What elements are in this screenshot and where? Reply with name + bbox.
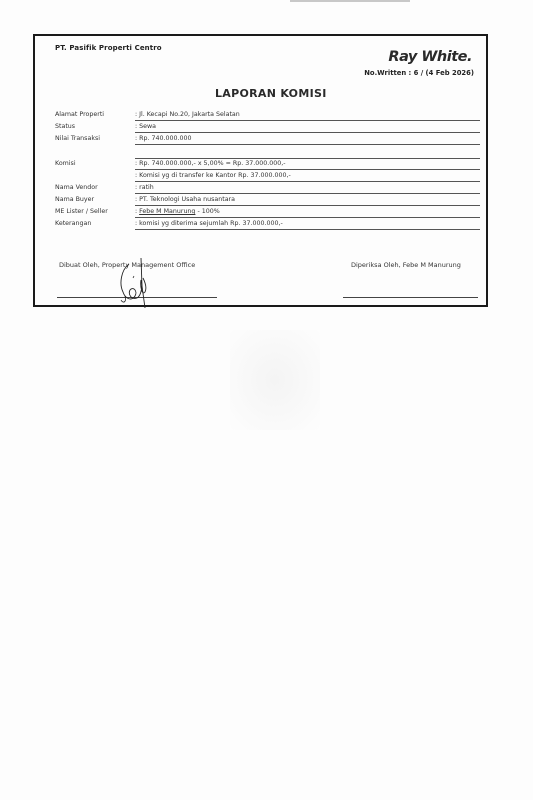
field-value: : Febe M Manurung - 100% xyxy=(135,208,220,215)
brand-logo: Ray White. xyxy=(388,49,472,65)
handwritten-signature-icon xyxy=(115,256,155,311)
company-name: PT. Pasifik Properti Centro xyxy=(55,44,162,52)
field-row-status: Status : Sewa xyxy=(55,122,480,133)
field-label: Komisi xyxy=(55,160,76,167)
field-label: Nama Buyer xyxy=(55,196,94,203)
field-row-address: Alamat Properti : Jl. Kecapi No.20, Jaka… xyxy=(55,110,480,121)
checked-by-label: Diperiksa Oleh, Febe M Manurung xyxy=(351,261,461,269)
field-rule xyxy=(135,144,480,145)
field-value: : Sewa xyxy=(135,123,156,130)
field-rule xyxy=(135,229,480,230)
field-value: : Jl. Kecapi No.20, Jakarta Selatan xyxy=(135,111,240,118)
field-row-blank xyxy=(55,148,480,159)
value-suffix: - 100% xyxy=(195,208,219,215)
paper-show-through xyxy=(230,330,320,430)
field-label: Status xyxy=(55,123,75,130)
report-title: LAPORAN KOMISI xyxy=(215,87,327,100)
field-row-vendor: Nama Vendor : ratih xyxy=(55,183,480,194)
field-label: Nama Vendor xyxy=(55,184,98,191)
field-rule xyxy=(135,132,480,133)
field-row-transaction-value: Nilai Transaksi : Rp. 740.000.000 xyxy=(55,134,480,145)
field-rule xyxy=(135,205,480,206)
lister-name: Febe M Manurung xyxy=(139,208,195,215)
field-value: : Rp. 740.000.000 xyxy=(135,135,192,142)
scanned-page: PT. Pasifik Properti Centro Ray White. N… xyxy=(0,0,533,800)
field-rule xyxy=(135,120,480,121)
field-row-commission-transfer: : Komisi yg di transfer ke Kantor Rp. 37… xyxy=(55,171,480,182)
field-rule xyxy=(135,169,480,170)
field-value: : Komisi yg di transfer ke Kantor Rp. 37… xyxy=(135,172,291,179)
field-rule xyxy=(135,181,480,182)
checked-by-signature-line xyxy=(343,297,478,298)
written-number: No.Written : 6 / (4 Feb 2026) xyxy=(364,69,474,77)
field-value: : PT. Teknologi Usaha nusantara xyxy=(135,196,235,203)
field-value: : Rp. 740.000.000,- x 5,00% = Rp. 37.000… xyxy=(135,160,286,167)
field-label: Keterangan xyxy=(55,220,91,227)
field-row-buyer: Nama Buyer : PT. Teknologi Usaha nusanta… xyxy=(55,195,480,206)
field-label: Nilai Transaksi xyxy=(55,135,100,142)
field-rule xyxy=(135,193,480,194)
field-label: Alamat Properti xyxy=(55,111,104,118)
scan-artifact xyxy=(290,0,410,2)
field-row-lister-seller: ME Lister / Seller : Febe M Manurung - 1… xyxy=(55,207,480,218)
field-row-commission: Komisi : Rp. 740.000.000,- x 5,00% = Rp.… xyxy=(55,159,480,170)
field-rule xyxy=(135,217,480,218)
field-value: : ratih xyxy=(135,184,154,191)
field-row-remarks: Keterangan : komisi yg diterima sejumlah… xyxy=(55,219,480,230)
field-value: : komisi yg diterima sejumlah Rp. 37.000… xyxy=(135,220,283,227)
field-label: ME Lister / Seller xyxy=(55,208,108,215)
commission-report-form: PT. Pasifik Properti Centro Ray White. N… xyxy=(33,34,488,307)
